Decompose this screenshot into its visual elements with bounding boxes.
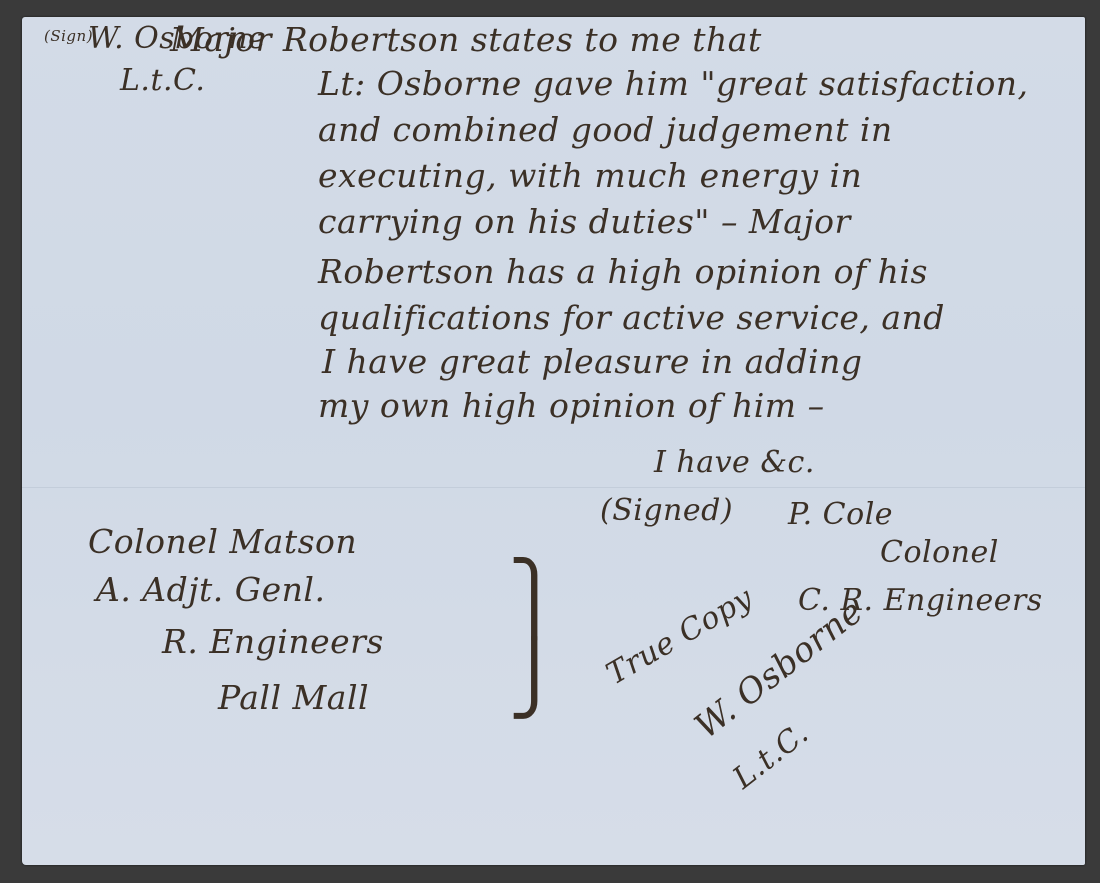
body-line-7: qualifications for active service, and: [318, 301, 945, 334]
signatory-name: P. Cole: [788, 497, 893, 532]
addressee-line-4: Pall Mall: [218, 681, 369, 714]
paper-fold-line: [22, 487, 1085, 488]
letter-page: (Sign) W. Osborne L.t.C. Major Robertson…: [22, 17, 1085, 865]
closing-phrase: I have &c.: [654, 445, 815, 480]
body-line-6: Robertson has a high opinion of his: [318, 255, 928, 288]
addressee-line-3: R. Engineers: [162, 625, 384, 658]
body-line-2: Lt: Osborne gave him "great satisfaction…: [318, 67, 1029, 100]
signatory-rank: Colonel: [880, 535, 999, 570]
certifier-rank: L.t.C.: [726, 716, 815, 796]
body-line-5: carrying on his duties" – Major: [318, 205, 851, 238]
header-signature-rank: L.t.C.: [120, 63, 205, 98]
body-line-3: and combined good judgement in: [318, 113, 893, 146]
body-line-1: Major Robertson states to me that: [170, 23, 762, 56]
body-line-4: executing, with much energy in: [318, 159, 862, 192]
addressee-line-2: A. Adjt. Genl.: [96, 573, 325, 606]
signed-label: (Signed): [600, 493, 733, 528]
body-line-9: my own high opinion of him –: [318, 389, 825, 422]
brace-bottom-icon: ⎭: [508, 637, 561, 719]
brace-top-icon: ⎫: [508, 557, 561, 639]
sign-prefix: (Sign): [44, 27, 93, 45]
true-copy-label: True Copy: [601, 580, 759, 692]
addressee-line-1: Colonel Matson: [88, 525, 357, 558]
body-line-8: I have great pleasure in adding: [322, 345, 863, 378]
